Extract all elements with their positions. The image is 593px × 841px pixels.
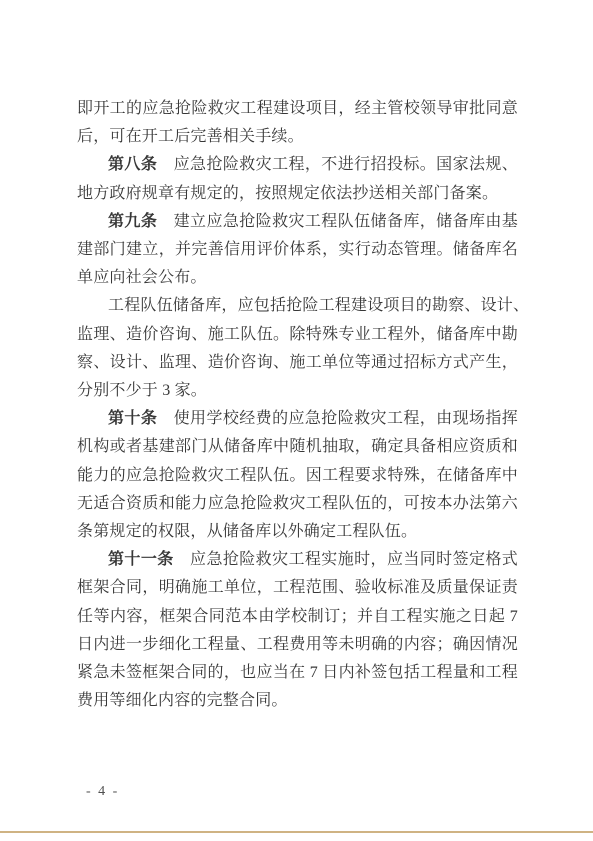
text-segment: 紧急未签框架合同的，也应当在 7 日内补签包括工程量和工程 [77, 664, 518, 681]
text-line: 单应向社会公布。 [77, 264, 518, 292]
text-segment: 建立应急抢险救灾工程队伍储备库，储备库由基 [157, 213, 518, 230]
page-bottom-edge [0, 831, 593, 833]
text-segment: 应急抢险救灾工程实施时，应当同时签定格式 [174, 551, 518, 568]
text-line: 地方政府规章有规定的，按照规定依法抄送相关部门备案。 [77, 180, 518, 208]
text-segment: 工程队伍储备库，应包括抢险工程建设项目的勘察、设计、 [108, 297, 529, 314]
text-line: 第十一条 应急抢险救灾工程实施时，应当同时签定格式 [77, 546, 518, 574]
text-segment: 框架合同，明确施工单位，工程范围、验收标准及质量保证责 [77, 579, 518, 596]
page-number: - 4 - [86, 784, 119, 800]
article-number-heading: 第八条 [108, 156, 157, 173]
text-line: 机构或者基建部门从储备库中随机抽取，确定具备相应资质和 [77, 433, 518, 461]
text-line: 第十条 使用学校经费的应急抢险救灾工程，由现场指挥 [77, 405, 518, 433]
text-line: 分别不少于 3 家。 [77, 377, 518, 405]
text-line: 日内进一步细化工程量、工程费用等未明确的内容；确因情况 [77, 631, 518, 659]
text-line: 任等内容，框架合同范本由学校制订；并自工程实施之日起 7 [77, 603, 518, 631]
text-segment: 无适合资质和能力应急抢险救灾工程队伍的，可按本办法第六 [77, 495, 518, 512]
article-number-heading: 第十一条 [108, 551, 174, 568]
text-line: 紧急未签框架合同的，也应当在 7 日内补签包括工程量和工程 [77, 659, 518, 687]
text-line: 监理、造价咨询、施工队伍。除特殊专业工程外，储备库中勘 [77, 321, 518, 349]
text-line: 无适合资质和能力应急抢险救灾工程队伍的，可按本办法第六 [77, 490, 518, 518]
text-line: 第九条 建立应急抢险救灾工程队伍储备库，储备库由基 [77, 208, 518, 236]
article-number-heading: 第九条 [108, 213, 157, 230]
text-segment: 即开工的应急抢险救灾工程建设项目，经主管校领导审批同意 [77, 100, 518, 117]
text-segment: 察、设计、监理、造价咨询、施工单位等通过招标方式产生， [77, 354, 518, 371]
document-page: 即开工的应急抢险救灾工程建设项目，经主管校领导审批同意后，可在开工后完善相关手续… [0, 0, 593, 841]
text-line: 条第规定的权限，从储备库以外确定工程队伍。 [77, 518, 518, 546]
text-segment: 能力的应急抢险救灾工程队伍。因工程要求特殊，在储备库中 [77, 467, 518, 484]
article-number-heading: 第十条 [108, 410, 157, 427]
text-segment: 单应向社会公布。 [77, 269, 207, 286]
text-segment: 日内进一步细化工程量、工程费用等未明确的内容；确因情况 [77, 636, 518, 653]
text-segment: 地方政府规章有规定的，按照规定依法抄送相关部门备案。 [77, 185, 498, 202]
text-segment: 任等内容，框架合同范本由学校制订；并自工程实施之日起 7 [77, 608, 518, 625]
text-segment: 建部门建立，并完善信用评价体系，实行动态管理。储备库名 [77, 241, 518, 258]
text-segment: 费用等细化内容的完整合同。 [77, 692, 288, 709]
text-segment: 应急抢险救灾工程，不进行招投标。国家法规、 [157, 156, 518, 173]
text-line: 第八条 应急抢险救灾工程，不进行招投标。国家法规、 [77, 151, 518, 179]
text-line: 察、设计、监理、造价咨询、施工单位等通过招标方式产生， [77, 349, 518, 377]
text-line: 即开工的应急抢险救灾工程建设项目，经主管校领导审批同意 [77, 95, 518, 123]
text-line: 建部门建立，并完善信用评价体系，实行动态管理。储备库名 [77, 236, 518, 264]
text-segment: 机构或者基建部门从储备库中随机抽取，确定具备相应资质和 [77, 438, 518, 455]
text-segment: 监理、造价咨询、施工队伍。除特殊专业工程外，储备库中勘 [77, 326, 518, 343]
text-line: 费用等细化内容的完整合同。 [77, 687, 518, 715]
text-segment: 条第规定的权限，从储备库以外确定工程队伍。 [77, 523, 417, 540]
document-body: 即开工的应急抢险救灾工程建设项目，经主管校领导审批同意后，可在开工后完善相关手续… [77, 95, 518, 715]
text-segment: 分别不少于 3 家。 [77, 382, 207, 399]
text-line: 工程队伍储备库，应包括抢险工程建设项目的勘察、设计、 [77, 292, 518, 320]
text-segment: 使用学校经费的应急抢险救灾工程，由现场指挥 [157, 410, 518, 427]
text-line: 能力的应急抢险救灾工程队伍。因工程要求特殊，在储备库中 [77, 462, 518, 490]
text-line: 后，可在开工后完善相关手续。 [77, 123, 518, 151]
text-segment: 后，可在开工后完善相关手续。 [77, 128, 304, 145]
text-line: 框架合同，明确施工单位，工程范围、验收标准及质量保证责 [77, 574, 518, 602]
